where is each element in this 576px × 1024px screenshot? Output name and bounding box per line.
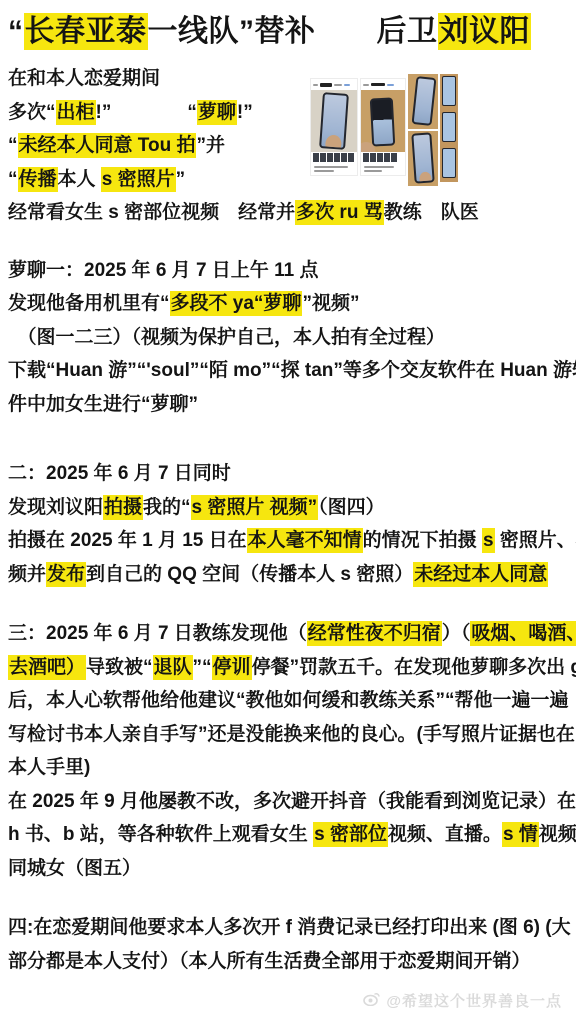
highlighted-text: 传播 bbox=[18, 167, 58, 192]
text-segment: !” “ bbox=[96, 102, 197, 123]
evidence-photo-3 bbox=[408, 74, 438, 186]
text-line: 多次“出柜!” “萝聊!” bbox=[8, 96, 568, 130]
text-segment: 三：2025 年 6 月 7 日教练发现他（ bbox=[8, 623, 307, 644]
text-line: 经常看女生 s 密部位视频 经常并多次 ru 骂教练 队医 bbox=[8, 196, 568, 230]
text-line: 三：2025 年 6 月 7 日教练发现他（经常性夜不归宿）（吸烟、喝酒、 bbox=[8, 617, 568, 651]
highlighted-text: s 密部位 bbox=[313, 822, 388, 847]
text-segment: ”并 bbox=[196, 135, 225, 156]
text-segment: 发现他备用机里有“ bbox=[8, 293, 170, 314]
text-segment: h 书、b 站，等各种软件上观看女生 bbox=[8, 824, 313, 845]
section-luoliao-one: 萝聊一：2025 年 6 月 7 日上午 11 点发现他备用机里有“多段不 ya… bbox=[8, 254, 568, 422]
text-line: h 书、b 站，等各种软件上观看女生 s 密部位视频、直播。s 情视频、 bbox=[8, 818, 568, 852]
text-line: 去酒吧）导致被“退队”“停训停餐”罚款五千。在发现他萝聊多次出 gui bbox=[8, 651, 568, 685]
text-line: 写检讨书本人亲自手写”还是没能换来他的良心。(手写照片证据也在 bbox=[8, 718, 568, 752]
text-segment: 同城女（图五） bbox=[8, 858, 141, 879]
text-segment: 本人 bbox=[58, 169, 101, 190]
highlighted-text: 多段不 ya“萝聊 bbox=[170, 291, 303, 316]
text-segment: ）（ bbox=[442, 623, 471, 644]
highlighted-text: 多次 ru 骂 bbox=[295, 200, 384, 225]
highlighted-text: 出柜 bbox=[56, 100, 96, 125]
document-page: “长春亚泰一线队”替补 后卫刘议阳 在和本人恋爱期间多次“出柜!” “萝聊!”“… bbox=[0, 0, 576, 978]
text-segment: 在 2025 年 9 月他屡教不改，多次避开抖音（我能看到浏览记录）在小 bbox=[8, 791, 576, 812]
text-segment: 二：2025 年 6 月 7 日同时 bbox=[8, 463, 231, 484]
watermark: @希望这个世界善良一点 bbox=[363, 990, 562, 1011]
text-line: 本人手里) bbox=[8, 751, 568, 785]
text-segment: 后，本人心软帮他给他建议“教他如何缓和教练关系”“帮他一遍一遍 bbox=[8, 690, 569, 711]
text-line: “未经本人同意 Tou 拍”并 bbox=[8, 129, 568, 163]
phone-photo bbox=[361, 90, 405, 152]
evidence-photo-1 bbox=[310, 78, 358, 176]
text-segment: 拍摄在 2025 年 1 月 15 日在 bbox=[8, 530, 247, 551]
text-line: 频并发布到自己的 QQ 空间（传播本人 s 密照）未经过本人同意 bbox=[8, 558, 568, 592]
text-line: 二：2025 年 6 月 7 日同时 bbox=[8, 457, 568, 491]
text-segment: 导致被“ bbox=[86, 657, 153, 678]
text-segment: 四:在恋爱期间他要求本人多次开 f 消费记录已经打印出来 (图 6) (大 bbox=[8, 917, 571, 938]
highlighted-text: s bbox=[482, 528, 495, 553]
text-segment: 频并 bbox=[8, 564, 46, 585]
text-segment: 视频、直播。 bbox=[388, 824, 502, 845]
phone-photo bbox=[408, 74, 438, 129]
highlighted-text: s 密照片 视频” bbox=[191, 495, 319, 520]
section-two: 二：2025 年 6 月 7 日同时发现刘议阳拍摄我的“s 密照片 视频”（图四… bbox=[8, 457, 568, 591]
text-segment: 件中加女生进行“萝聊” bbox=[8, 394, 198, 415]
evidence-photo-4 bbox=[440, 74, 458, 182]
text-segment: 发现刘议阳 bbox=[8, 497, 103, 518]
highlighted-text: 经常性夜不归宿 bbox=[307, 621, 442, 646]
text-segment: 下载“Huan 游”“'soul”“陌 mo”“探 tan”等多个交友软件在 H… bbox=[8, 360, 576, 381]
text-line: 部分都是本人支付）（本人所有生活费全部用于恋爱期间开销） bbox=[8, 945, 568, 979]
text-segment: 我的“ bbox=[143, 497, 191, 518]
text-line: 拍摄在 2025 年 1 月 15 日在本人毫不知情的情况下拍摄 s 密照片、视 bbox=[8, 524, 568, 558]
page-title: “长春亚泰一线队”替补 后卫刘议阳 bbox=[8, 10, 568, 54]
highlighted-text: 本人毫不知情 bbox=[247, 528, 363, 553]
text-line: “传播本人 s 密照片” bbox=[8, 163, 568, 197]
text-line: 下载“Huan 游”“'soul”“陌 mo”“探 tan”等多个交友软件在 H… bbox=[8, 354, 568, 388]
highlighted-text: 萝聊 bbox=[197, 100, 237, 125]
highlighted-text: 去酒吧） bbox=[8, 655, 86, 680]
text-segment: 部分都是本人支付）（本人所有生活费全部用于恋爱期间开销） bbox=[8, 951, 531, 972]
section-intro: 在和本人恋爱期间多次“出柜!” “萝聊!”“未经本人同意 Tou 拍”并“传播本… bbox=[8, 62, 568, 230]
text-segment: ” bbox=[176, 169, 186, 190]
text-segment: 的情况下拍摄 bbox=[363, 530, 482, 551]
text-segment: 视频、 bbox=[539, 824, 576, 845]
screenshot-ui-bar bbox=[311, 79, 357, 90]
text-line: 同城女（图五） bbox=[8, 852, 568, 886]
highlighted-text: 停训 bbox=[212, 655, 252, 680]
text-line: 发现刘议阳拍摄我的“s 密照片 视频”（图四） bbox=[8, 491, 568, 525]
text-segment: 萝聊一：2025 年 6 月 7 日上午 11 点 bbox=[8, 260, 318, 281]
evidence-photo-collage bbox=[310, 74, 458, 188]
watermark-handle: @希望这个世界善良一点 bbox=[386, 990, 562, 1011]
text-segment: 教练 队医 bbox=[384, 202, 479, 223]
text-line: （图一二三）（视频为保护自己，本人拍有全过程） bbox=[8, 321, 568, 355]
text-segment: “ bbox=[8, 135, 18, 156]
phone-photo bbox=[408, 131, 438, 186]
text-segment: ”“ bbox=[193, 657, 212, 678]
text-segment: 经常看女生 s 密部位视频 经常并 bbox=[8, 202, 295, 223]
text-line: 四:在恋爱期间他要求本人多次开 f 消费记录已经打印出来 (图 6) (大 bbox=[8, 911, 568, 945]
text-segment: （图四） bbox=[318, 497, 385, 518]
text-segment: “ bbox=[8, 15, 24, 48]
text-segment: 写检讨书本人亲自手写”还是没能换来他的良心。(手写照片证据也在 bbox=[8, 724, 575, 745]
phone-photo bbox=[311, 90, 357, 152]
highlighted-text: 未经过本人同意 bbox=[413, 562, 548, 587]
text-segment: 到自己的 QQ 空间（传播本人 s 密照） bbox=[86, 564, 413, 585]
highlighted-text: 未经本人同意 Tou 拍 bbox=[18, 133, 197, 158]
text-segment: !” bbox=[237, 102, 253, 123]
section-three: 三：2025 年 6 月 7 日教练发现他（经常性夜不归宿）（吸烟、喝酒、去酒吧… bbox=[8, 617, 568, 885]
highlighted-text: 退队 bbox=[153, 655, 193, 680]
text-line: 发现他备用机里有“多段不 ya“萝聊”视频” bbox=[8, 287, 568, 321]
text-segment: 多次“ bbox=[8, 102, 56, 123]
section-four: 四:在恋爱期间他要求本人多次开 f 消费记录已经打印出来 (图 6) (大部分都… bbox=[8, 911, 568, 978]
caption-text bbox=[361, 163, 405, 173]
text-segment: 停餐”罚款五千。在发现他萝聊多次出 gui bbox=[252, 657, 576, 678]
highlighted-text: 吸烟、喝酒、 bbox=[470, 621, 576, 646]
text-line: “长春亚泰一线队”替补 后卫刘议阳 bbox=[8, 10, 568, 54]
text-line: 后，本人心软帮他给他建议“教他如何缓和教练关系”“帮他一遍一遍 bbox=[8, 684, 568, 718]
weibo-icon bbox=[363, 991, 381, 1010]
highlighted-text: 发布 bbox=[46, 562, 86, 587]
text-line: 在和本人恋爱期间 bbox=[8, 62, 568, 96]
text-segment: 在和本人恋爱期间 bbox=[8, 68, 160, 89]
screenshot-ui-bar bbox=[361, 79, 405, 90]
text-segment: “ bbox=[8, 169, 18, 190]
text-line: 萝聊一：2025 年 6 月 7 日上午 11 点 bbox=[8, 254, 568, 288]
highlighted-text: s 情 bbox=[502, 822, 539, 847]
text-line: 在 2025 年 9 月他屡教不改，多次避开抖音（我能看到浏览记录）在小 bbox=[8, 785, 568, 819]
text-segment: 一线队”替补 后卫 bbox=[148, 15, 438, 48]
highlighted-text: s 密照片 bbox=[101, 167, 176, 192]
highlighted-text: 长春亚泰 bbox=[24, 13, 148, 50]
caption-text bbox=[311, 163, 357, 173]
text-segment: 本人手里) bbox=[8, 757, 90, 778]
highlighted-text: 拍摄 bbox=[103, 495, 143, 520]
highlighted-text: 刘议阳 bbox=[438, 13, 532, 50]
evidence-photo-2 bbox=[360, 78, 406, 176]
text-line: 件中加女生进行“萝聊” bbox=[8, 388, 568, 422]
thumbnail-strip bbox=[311, 152, 357, 163]
text-segment: 密照片、视 bbox=[495, 530, 576, 551]
text-segment: （图一二三）（视频为保护自己，本人拍有全过程） bbox=[8, 327, 445, 348]
thumbnail-strip bbox=[361, 152, 405, 163]
text-segment: ”视频” bbox=[302, 293, 359, 314]
